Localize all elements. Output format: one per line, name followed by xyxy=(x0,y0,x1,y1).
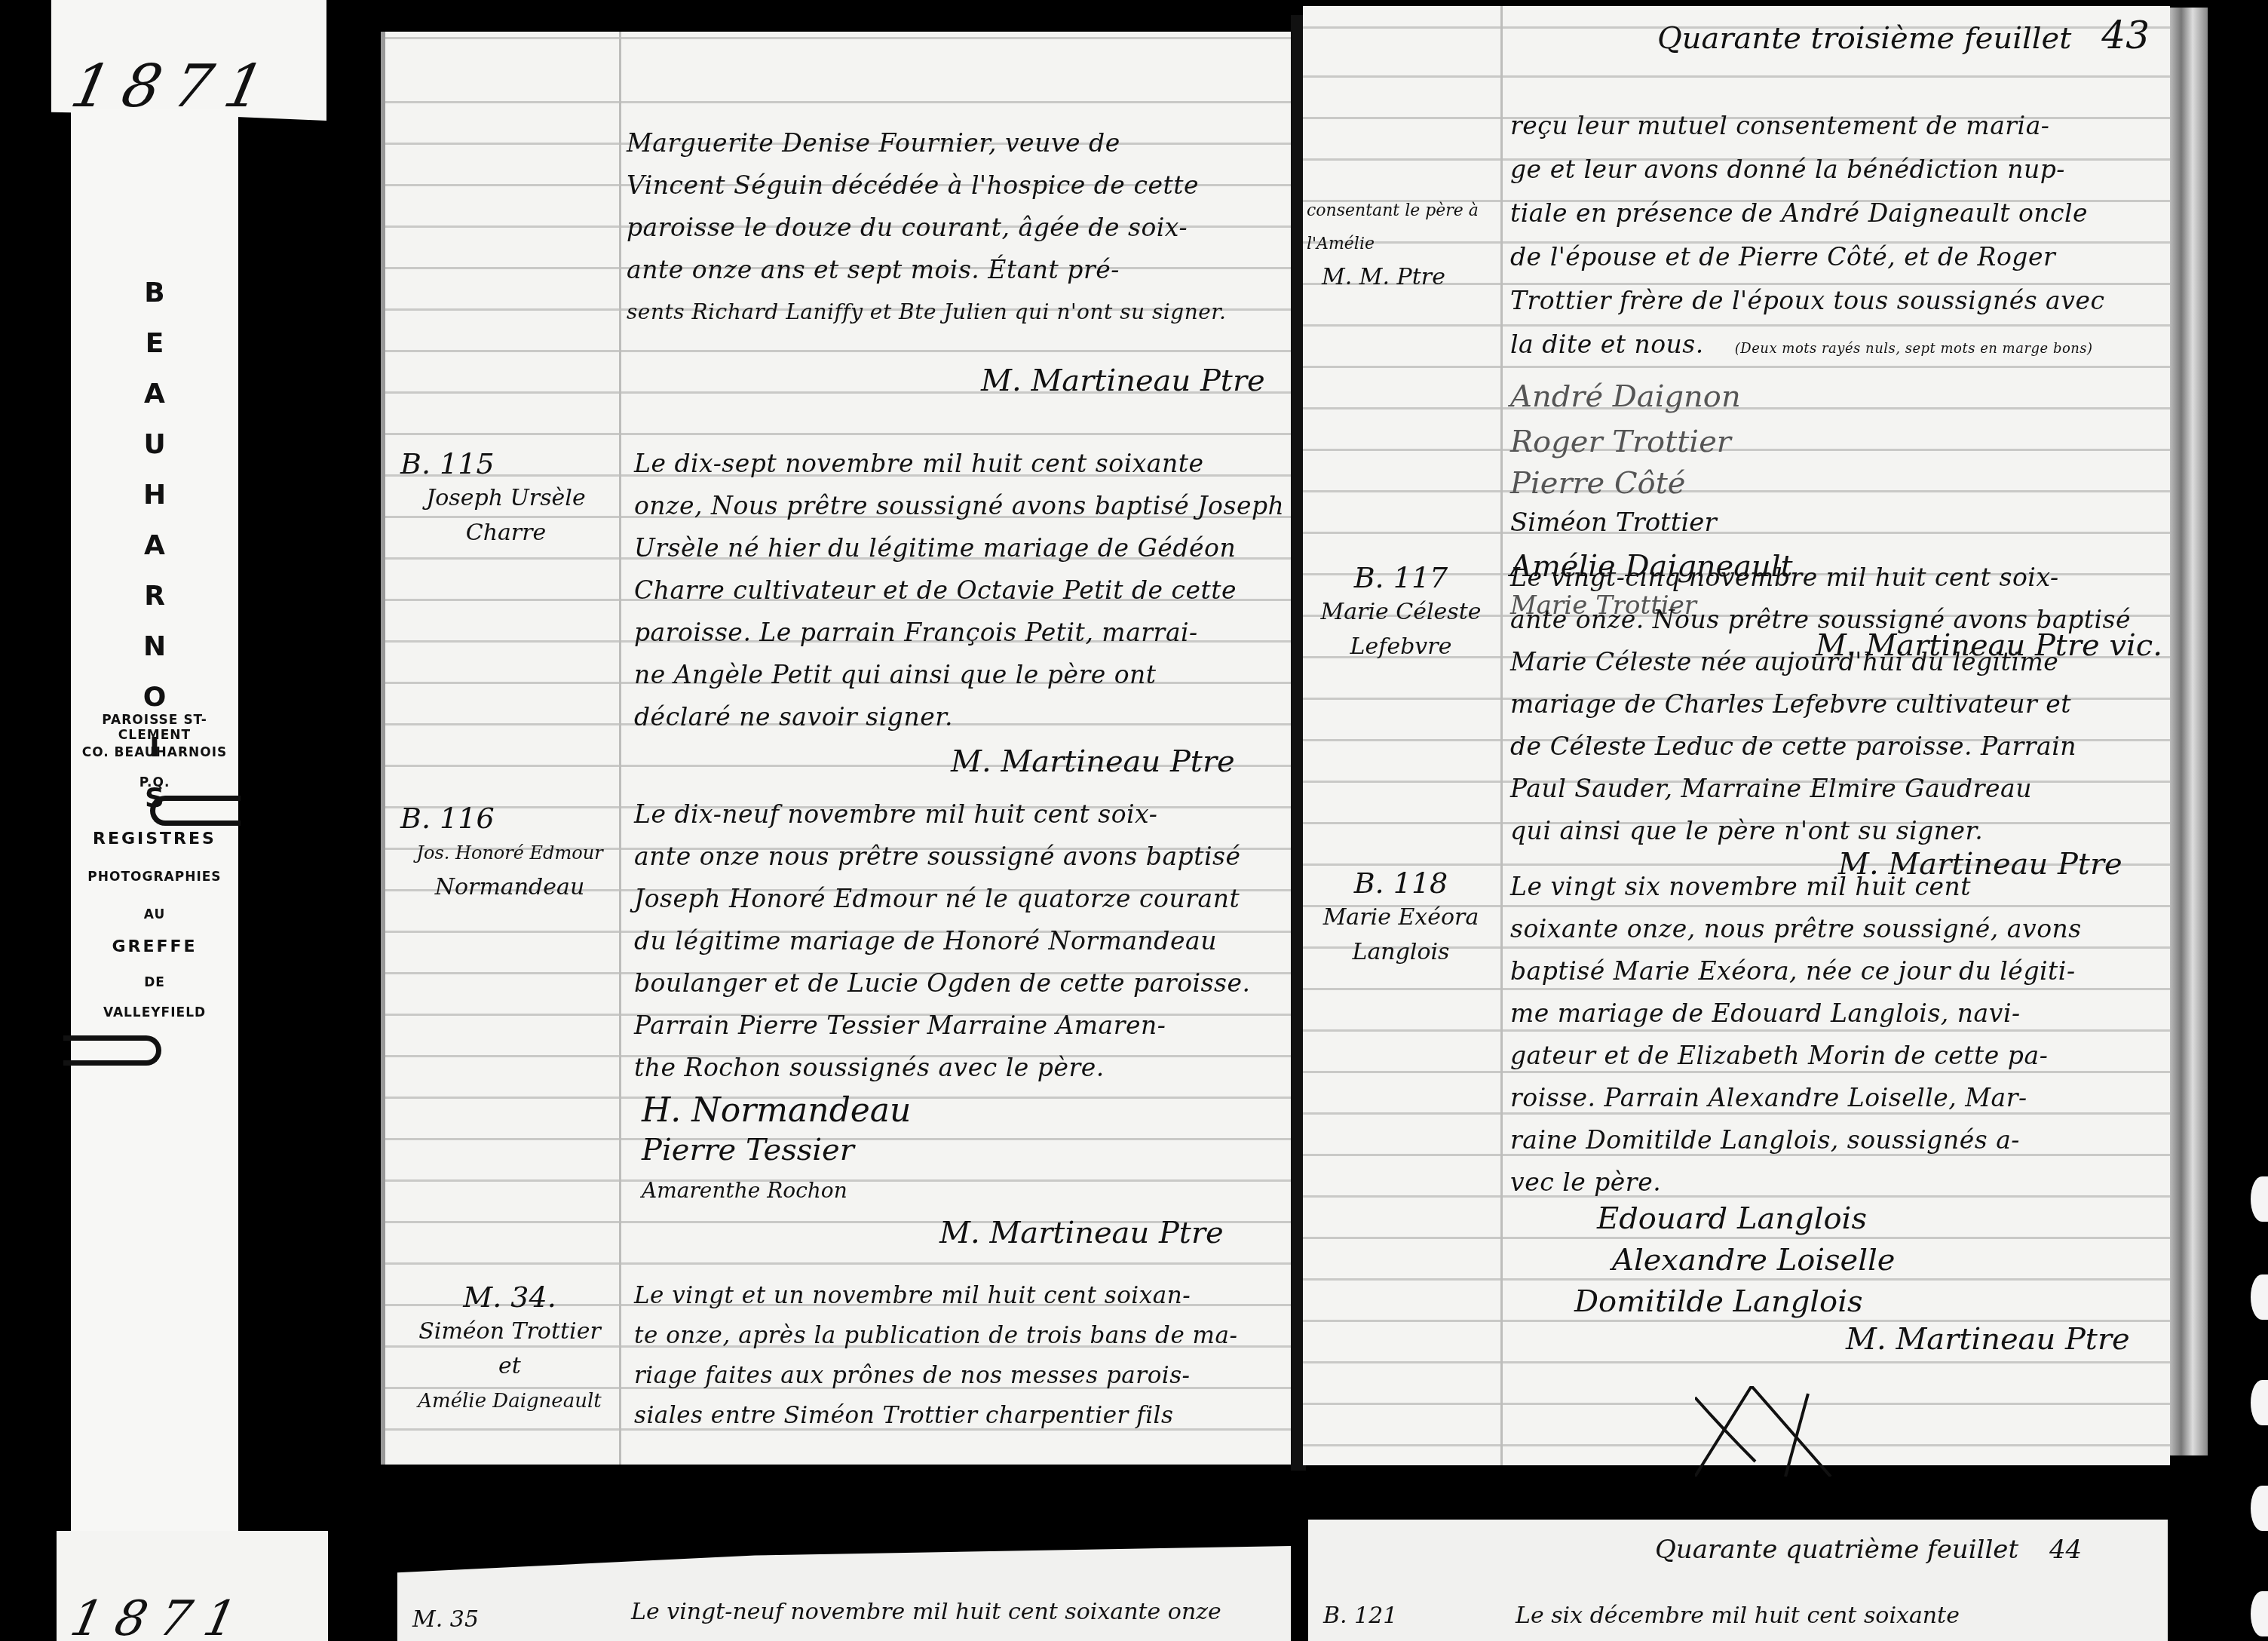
letter: N xyxy=(71,621,238,672)
text-line: soixante onze, nous prêtre soussigné, av… xyxy=(1510,908,2159,950)
text-line: Le six décembre mil huit cent soixante xyxy=(1516,1603,1960,1629)
text-line: me mariage de Edouard Langlois, navi- xyxy=(1510,992,2159,1035)
year-label: 1871 xyxy=(66,1591,255,1641)
sprocket-hole xyxy=(2251,1380,2268,1425)
entry-text-b117: Le vingt-cinq novembre mil huit cent soi… xyxy=(1510,557,2159,852)
erasure-note: (Deux mots rayés nuls, sept mots en marg… xyxy=(1735,341,2093,357)
letter: A xyxy=(71,369,238,419)
priest-signature: M. Martineau Ptre xyxy=(1846,1322,2130,1357)
text-line: siales entre Siméon Trottier charpentier… xyxy=(634,1396,1290,1436)
text-line: baptisé Marie Exéora, née ce jour du lég… xyxy=(1510,950,2159,992)
au-label: AU xyxy=(71,907,238,922)
next-frame-year-tag: 1871 xyxy=(57,1531,328,1641)
de-label: DE xyxy=(71,975,238,990)
letter: H xyxy=(71,470,238,520)
entry-name: Marie Céleste xyxy=(1303,595,1499,630)
text-line: onze, Nous prêtre soussigné avons baptis… xyxy=(634,485,1290,527)
entry-text-b118: Le vingt six novembre mil huit cent soix… xyxy=(1510,866,2159,1204)
city-label: VALLEYFIELD xyxy=(71,1005,238,1020)
folio-number: 44 xyxy=(2049,1535,2082,1565)
entry-margin-b116: B. 116 Jos. Honoré Edmour Normandeau xyxy=(400,801,619,905)
text-line: paroisse. Le parrain François Petit, mar… xyxy=(634,612,1290,654)
witness-signature: Roger Trottier xyxy=(1510,425,1731,459)
entry-name: Langlois xyxy=(1303,935,1499,970)
text-line: roisse. Parrain Alexandre Loiselle, Mar- xyxy=(1510,1077,2159,1119)
entry-number: B. 115 xyxy=(400,446,611,481)
entry-name: Lefebvre xyxy=(1303,630,1499,664)
folio-number: 43 xyxy=(2101,14,2150,57)
text-line: Marguerite Denise Fournier, veuve de xyxy=(627,122,1290,164)
text-line: sents Richard Laniffy et Bte Julien qui … xyxy=(627,291,1290,333)
text-line: ge et leur avons donné la bénédiction nu… xyxy=(1510,148,2159,192)
greffe-label: GREFFE xyxy=(71,937,238,956)
annotation-line: M. M. Ptre xyxy=(1307,261,1495,294)
text-line: boulanger et de Lucie Ogden de cette par… xyxy=(634,962,1290,1005)
margin-rule xyxy=(619,32,621,1465)
entry-name: Joseph Ursèle xyxy=(400,481,611,516)
page-edges xyxy=(2170,8,2208,1455)
text-line: Marie Céleste née aujourd'hui du légitim… xyxy=(1510,641,2159,683)
text-line: la dite et nous. (Deux mots rayés nuls, … xyxy=(1510,323,2159,371)
entry-margin-m34: M. 34. Siméon Trottier et Amélie Daignea… xyxy=(400,1280,619,1419)
witness-signature: André Daignon xyxy=(1510,379,1741,414)
witness-signature: H. Normandeau xyxy=(642,1091,911,1130)
text-line: Le vingt et un novembre mil huit cent so… xyxy=(634,1276,1290,1316)
entry-number: B. 116 xyxy=(400,801,619,836)
text-line: Ursèle né hier du légitime mariage de Gé… xyxy=(634,527,1290,569)
text-line: reçu leur mutuel consentement de maria- xyxy=(1510,104,2159,148)
letter: U xyxy=(71,419,238,470)
cross-out-x-icon xyxy=(1695,1386,1891,1477)
entry-number: B. 117 xyxy=(1303,560,1499,595)
entry-text-b115: Le dix-sept novembre mil huit cent soixa… xyxy=(634,443,1290,738)
letter: B xyxy=(71,268,238,318)
next-frame-page-right: Quarante quatrième feuillet 44 B. 121 Le… xyxy=(1308,1520,2168,1641)
entry-margin-b115: B. 115 Joseph Ursèle Charre xyxy=(400,446,611,551)
folio-title: Quarante troisième feuillet xyxy=(1657,21,2071,56)
letter: E xyxy=(71,318,238,369)
paper-clip-icon xyxy=(150,796,241,826)
margin-rule xyxy=(1500,6,1503,1465)
entry-name: Normandeau xyxy=(400,870,619,905)
text-line: Joseph Honoré Edmour né le quatorze cour… xyxy=(634,878,1290,920)
continuation-text: Marguerite Denise Fournier, veuve de Vin… xyxy=(627,122,1290,333)
registres-label: REGISTRES xyxy=(71,830,238,848)
marginal-annotation: consentant le père à l'Amélie M. M. Ptre xyxy=(1307,195,1495,294)
text-line: Charre cultivateur et de Octavie Petit d… xyxy=(634,569,1290,612)
entry-number: M. 35 xyxy=(412,1606,479,1633)
text-line: paroisse le douze du courant, âgée de so… xyxy=(627,207,1290,249)
text-line: Le vingt-cinq novembre mil huit cent soi… xyxy=(1510,557,2159,599)
text-line: tiale en présence de André Daigneault on… xyxy=(1510,192,2159,235)
sprocket-hole xyxy=(2251,1591,2268,1636)
text-line: Le vingt-neuf novembre mil huit cent soi… xyxy=(631,1599,1221,1625)
entry-margin-b118: B. 118 Marie Exéora Langlois xyxy=(1303,866,1499,970)
priest-signature: M. Martineau Ptre xyxy=(981,363,1265,398)
sprocket-hole xyxy=(2251,1274,2268,1320)
folio-header: Quarante quatrième feuillet 44 xyxy=(1655,1535,2082,1565)
text-line: du légitime mariage de Honoré Normandeau xyxy=(634,920,1290,962)
text-line: Le dix-neuf novembre mil huit cent soix- xyxy=(634,793,1290,836)
text-line: Le dix-sept novembre mil huit cent soixa… xyxy=(634,443,1290,485)
text-line: qui ainsi que le père n'ont su signer. xyxy=(1510,810,2159,852)
folio-header: Quarante troisième feuillet43 xyxy=(1657,14,2150,57)
text-line: ante onze ans et sept mois. Étant pré- xyxy=(627,249,1290,291)
witness-signature: Alexandre Loiselle xyxy=(1612,1243,1896,1278)
entry-text-b116: Le dix-neuf novembre mil huit cent soix-… xyxy=(634,793,1290,1089)
entry-name: Siméon Trottier xyxy=(400,1314,619,1349)
text-line: de Céleste Leduc de cette paroisse. Parr… xyxy=(1510,725,2159,768)
text-line: raine Domitilde Langlois, soussignés a- xyxy=(1510,1119,2159,1161)
entry-text-m34: Le vingt et un novembre mil huit cent so… xyxy=(634,1276,1290,1436)
text-fragment: la dite et nous. xyxy=(1510,330,1704,359)
folio-title: Quarante quatrième feuillet xyxy=(1655,1535,2018,1565)
photographies-label: PHOTOGRAPHIES xyxy=(71,870,238,885)
letter: A xyxy=(71,520,238,571)
priest-signature: M. Martineau Ptre xyxy=(951,744,1235,779)
witness-signature: Pierre Tessier xyxy=(642,1133,854,1167)
entry-name: Charre xyxy=(400,516,611,551)
register-page-left: Marguerite Denise Fournier, veuve de Vin… xyxy=(381,32,1297,1465)
parish-label: PAROISSE ST-CLEMENT xyxy=(71,713,238,743)
text-line: riage faites aux prônes de nos messes pa… xyxy=(634,1356,1290,1396)
county-label: CO. BEAUHARNOIS xyxy=(71,745,238,760)
text-line: Le vingt six novembre mil huit cent xyxy=(1510,866,2159,908)
text-line: ante onze. Nous prêtre soussigné avons b… xyxy=(1510,599,2159,641)
witness-signature: Amarenthe Rochon xyxy=(642,1178,847,1203)
text-line: Parrain Pierre Tessier Marraine Amaren- xyxy=(634,1005,1290,1047)
entry-margin-b117: B. 117 Marie Céleste Lefebvre xyxy=(1303,560,1499,664)
entry-number: B. 118 xyxy=(1303,866,1499,900)
priest-signature: M. Martineau Ptre xyxy=(939,1216,1224,1250)
microfilm-label-strip: B E A U H A R N O I S PAROISSE ST-CLEMEN… xyxy=(71,109,238,1531)
text-line: gateur et de Elizabeth Morin de cette pa… xyxy=(1510,1035,2159,1077)
text-line: Paul Sauder, Marraine Elmire Gaudreau xyxy=(1510,768,2159,810)
sprocket-hole xyxy=(2251,1176,2268,1222)
entry-name: Amélie Daigneault xyxy=(400,1384,619,1419)
text-line: de l'épouse et de Pierre Côté, et de Rog… xyxy=(1510,235,2159,279)
text-line: ne Angèle Petit qui ainsi que le père on… xyxy=(634,654,1290,696)
text-line: the Rochon soussignés avec le père. xyxy=(634,1047,1290,1089)
paper-clip-icon xyxy=(63,1035,161,1066)
text-line: ante onze nous prêtre soussigné avons ba… xyxy=(634,836,1290,878)
text-line: mariage de Charles Lefebvre cultivateur … xyxy=(1510,683,2159,725)
letter: R xyxy=(71,571,238,621)
entry-number: M. 34. xyxy=(400,1280,619,1314)
witness-signature: Pierre Côté xyxy=(1510,466,1685,501)
text-line: te onze, après la publication de trois b… xyxy=(634,1316,1290,1356)
witness-signature: Siméon Trottier xyxy=(1510,508,1717,538)
text-line: déclaré ne savoir signer. xyxy=(634,696,1290,738)
text-line: Trottier frère de l'époux tous soussigné… xyxy=(1510,279,2159,323)
year-tag: 1871 xyxy=(51,0,326,121)
text-line: vec le père. xyxy=(1510,1161,2159,1204)
province-label: P.Q. xyxy=(71,775,238,790)
entry-name: Jos. Honoré Edmour xyxy=(400,836,619,870)
entry-name: Marie Exéora xyxy=(1303,900,1499,935)
entry-name: et xyxy=(400,1349,619,1384)
annotation-line: l'Amélie xyxy=(1307,228,1495,261)
text-line: Vincent Séguin décédée à l'hospice de ce… xyxy=(627,164,1290,207)
witness-signature: Edouard Langlois xyxy=(1597,1201,1867,1236)
witness-signature: Domitilde Langlois xyxy=(1574,1284,1863,1319)
next-frame-page-left: M. 35 Le vingt-neuf novembre mil huit ce… xyxy=(397,1546,1291,1641)
continuation-text: reçu leur mutuel consentement de maria- … xyxy=(1510,104,2159,371)
annotation-line: consentant le père à xyxy=(1307,195,1495,228)
sprocket-hole xyxy=(2251,1486,2268,1531)
register-page-right: Quarante troisième feuillet43 consentant… xyxy=(1303,6,2170,1465)
entry-number: B. 121 xyxy=(1323,1603,1397,1629)
